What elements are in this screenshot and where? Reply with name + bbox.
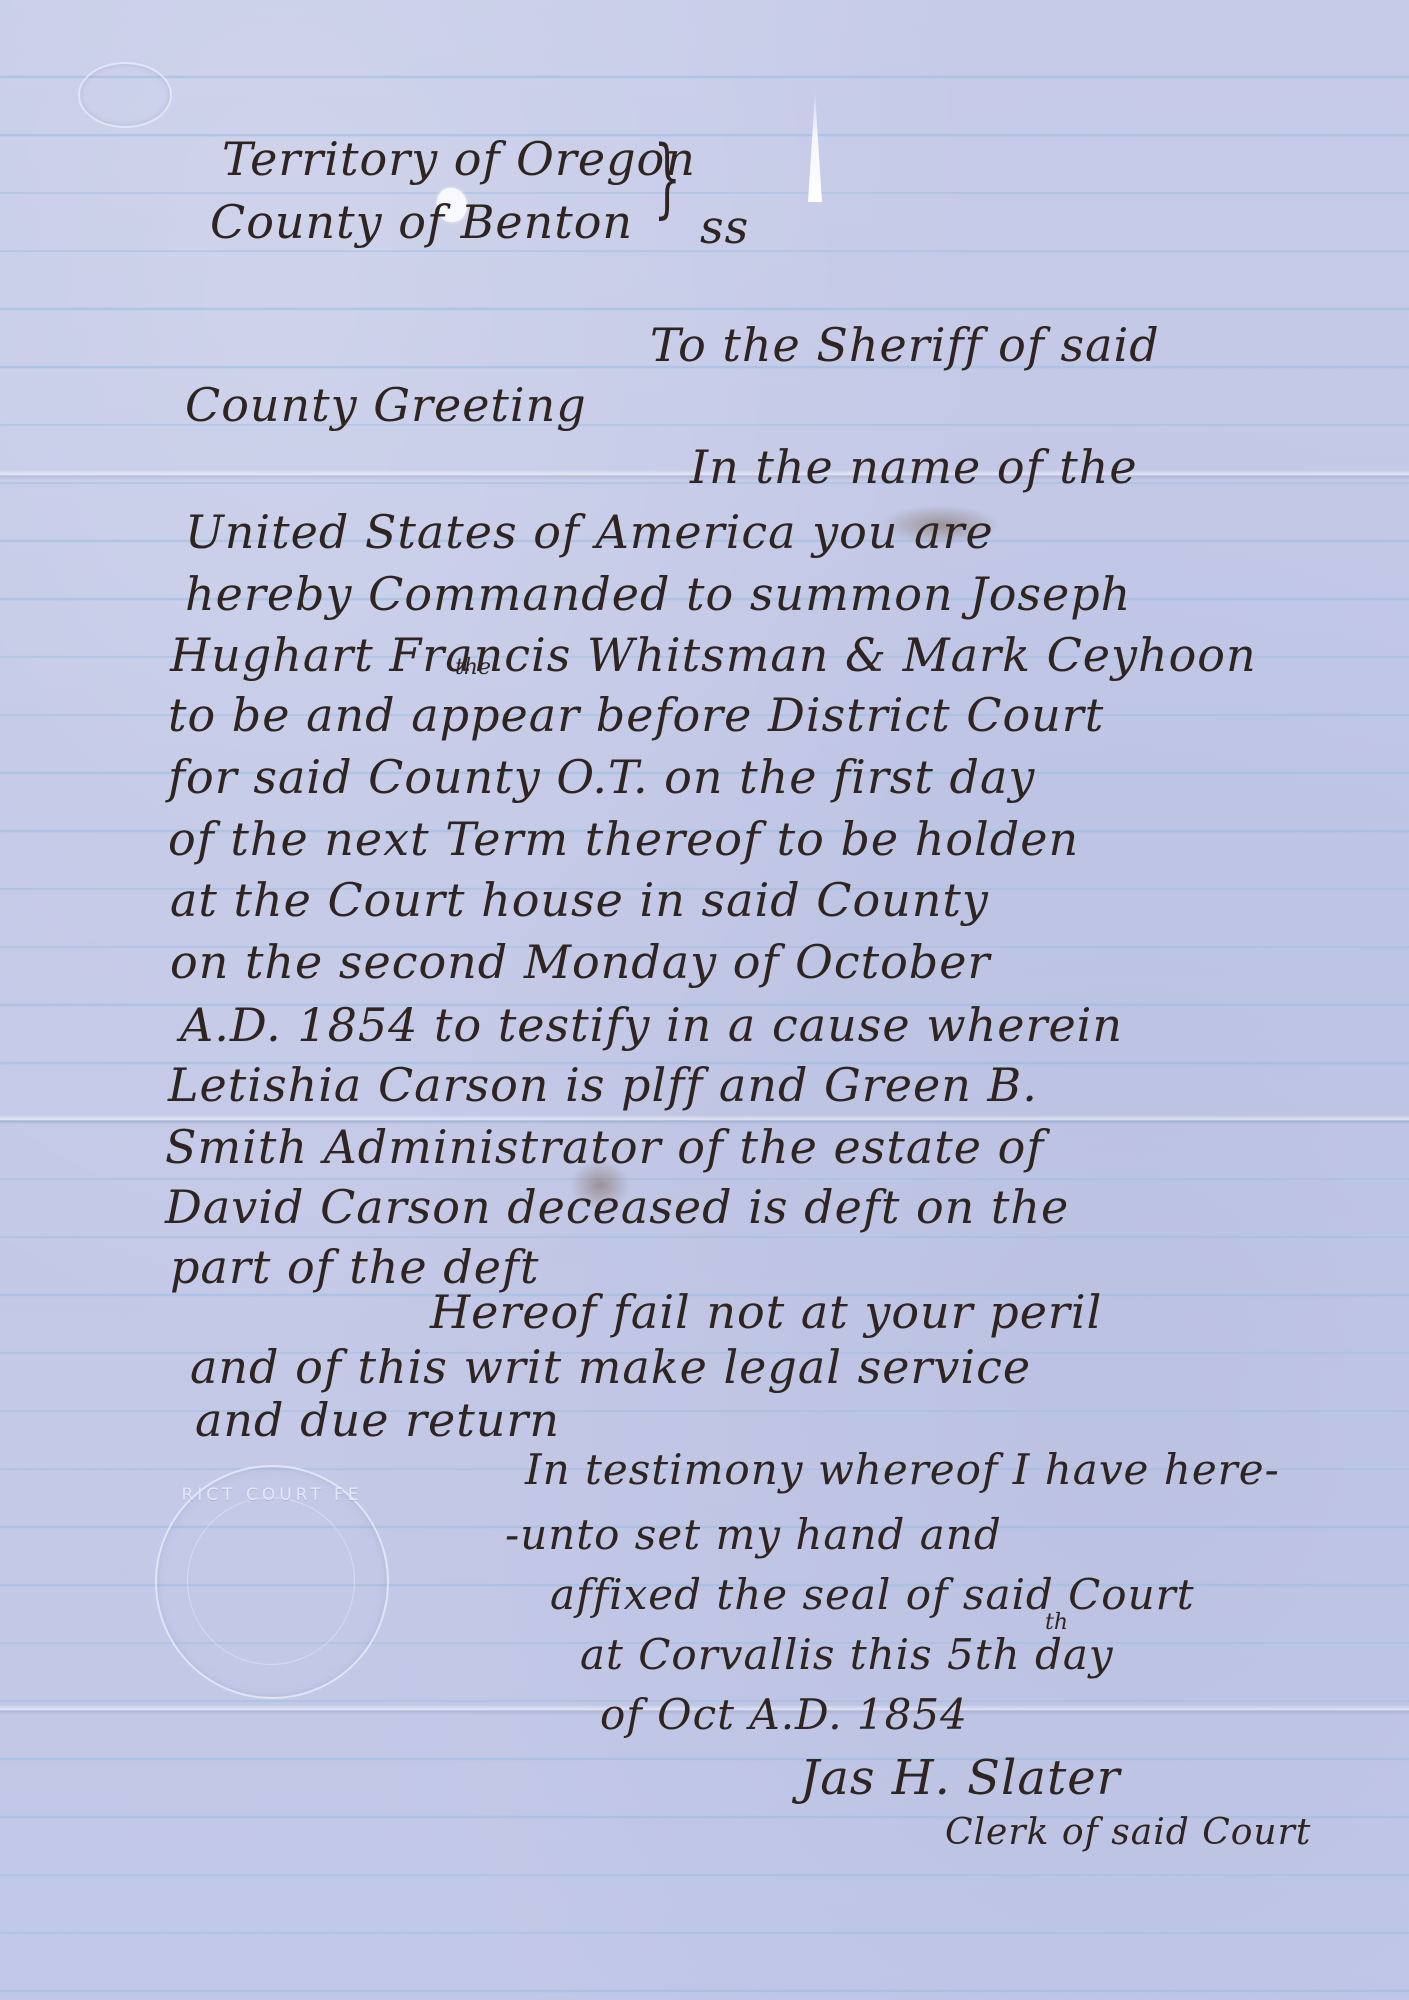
caption-territory: Territory of Oregon	[222, 132, 696, 186]
salutation-line-1: To the Sheriff of said	[650, 318, 1160, 372]
seal-inner-ring	[187, 1497, 355, 1665]
caption-brace: }	[654, 128, 681, 228]
body-line-9: on the second Monday of October	[170, 935, 990, 989]
closing-line-3: and due return	[195, 1393, 560, 1447]
body-line-4: Hughart Francis Whitsman & Mark Ceyhoon	[170, 628, 1257, 682]
signature-name: Jas H. Slater	[800, 1750, 1121, 1806]
body-line-12: Smith Administrator of the estate of	[165, 1120, 1044, 1174]
body-line-6: for said County O.T. on the first day	[168, 750, 1035, 804]
body-line-5: to be and appear before District Court	[168, 688, 1104, 742]
embossed-oval-seal	[78, 62, 172, 128]
testimonium-line-3: affixed the seal of said Court	[550, 1570, 1195, 1619]
closing-line-2: and of this writ make legal service	[190, 1340, 1031, 1394]
body-line-10: A.D. 1854 to testify in a cause wherein	[180, 998, 1123, 1052]
caption-ss-mark: ss	[700, 200, 749, 254]
body-line-11: Letishia Carson is plff and Green B.	[168, 1058, 1038, 1112]
body-line-7: of the next Term thereof to be holden	[168, 812, 1079, 866]
salutation-line-2: County Greeting	[185, 378, 587, 432]
body-line-1: In the name of the	[690, 440, 1138, 494]
closing-line-1: Hereof fail not at your peril	[430, 1285, 1102, 1339]
body-line-3: hereby Commanded to summon Joseph	[185, 567, 1131, 621]
insertion-above: the	[455, 655, 491, 680]
caption-county: County of Benton	[210, 195, 633, 249]
body-line-13: David Carson deceased is deft on the	[165, 1180, 1069, 1234]
testimonium-line-5: of Oct A.D. 1854	[600, 1690, 968, 1739]
body-line-2: United States of America you are	[185, 505, 994, 559]
signature-title: Clerk of said Court	[945, 1812, 1311, 1853]
testimonium-line-2: -unto set my hand and	[505, 1510, 1002, 1559]
ordinal-superscript: th	[1045, 1610, 1068, 1635]
testimonium-line-4: at Corvallis this 5th day	[580, 1630, 1114, 1679]
paper-tear	[808, 92, 822, 202]
body-line-8: at the Court house in said County	[170, 873, 989, 927]
seal-text: RICT COURT FE	[157, 1485, 387, 1505]
document-page: RICT COURT FE Territory of Oregon County…	[0, 0, 1409, 2000]
embossed-court-seal: RICT COURT FE	[155, 1465, 389, 1699]
testimonium-line-1: In testimony whereof I have here-	[525, 1445, 1280, 1494]
